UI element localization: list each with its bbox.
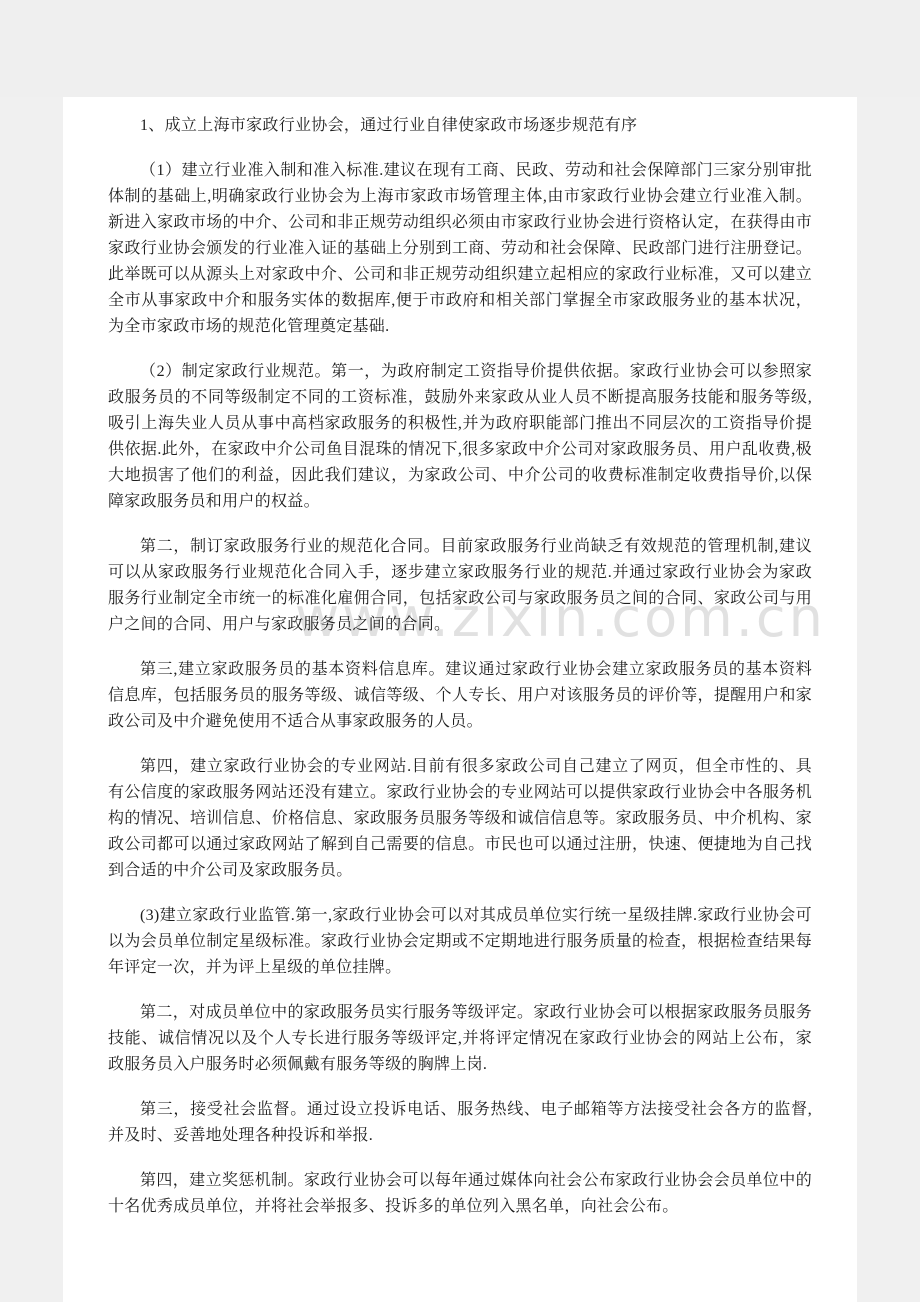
right-margin (857, 97, 920, 1302)
paragraph: 第四，建立家政行业协会的专业网站.目前有很多家政公司自己建立了网页，但全市性的、… (108, 754, 812, 884)
paragraph: 第二，对成员单位中的家政服务员实行服务等级评定。家政行业协会可以根据家政服务员服… (108, 1000, 812, 1078)
top-margin (0, 0, 920, 97)
paragraph: 第四，建立奖惩机制。家政行业协会可以每年通过媒体向社会公布家政行业协会会员单位中… (108, 1168, 812, 1220)
document-heading: 1、成立上海市家政行业协会，通过行业自律使家政市场逐步规范有序 (108, 113, 812, 139)
paragraph: 第三，接受社会监督。通过设立投诉电话、服务热线、电子邮箱等方法接受社会各方的监督… (108, 1097, 812, 1149)
paragraph: （2）制定家政行业规范。第一，为政府制定工资指导价提供依据。家政行业协会可以参照… (108, 359, 812, 515)
paragraph: （1）建立行业准入制和准入标准.建议在现有工商、民政、劳动和社会保障部门三家分别… (108, 158, 812, 340)
left-margin (0, 97, 63, 1302)
document-page: www.zixin.com.cn 1、成立上海市家政行业协会，通过行业自律使家政… (63, 97, 857, 1302)
document-content: 1、成立上海市家政行业协会，通过行业自律使家政市场逐步规范有序 （1）建立行业准… (63, 97, 857, 1220)
paragraph: 第三,建立家政服务员的基本资料信息库。建议通过家政行业协会建立家政服务员的基本资… (108, 657, 812, 735)
paragraph: 第二，制订家政服务行业的规范化合同。目前家政服务行业尚缺乏有效规范的管理机制,建… (108, 534, 812, 638)
paragraph: (3)建立家政行业监管.第一,家政行业协会可以对其成员单位实行统一星级挂牌.家政… (108, 903, 812, 981)
